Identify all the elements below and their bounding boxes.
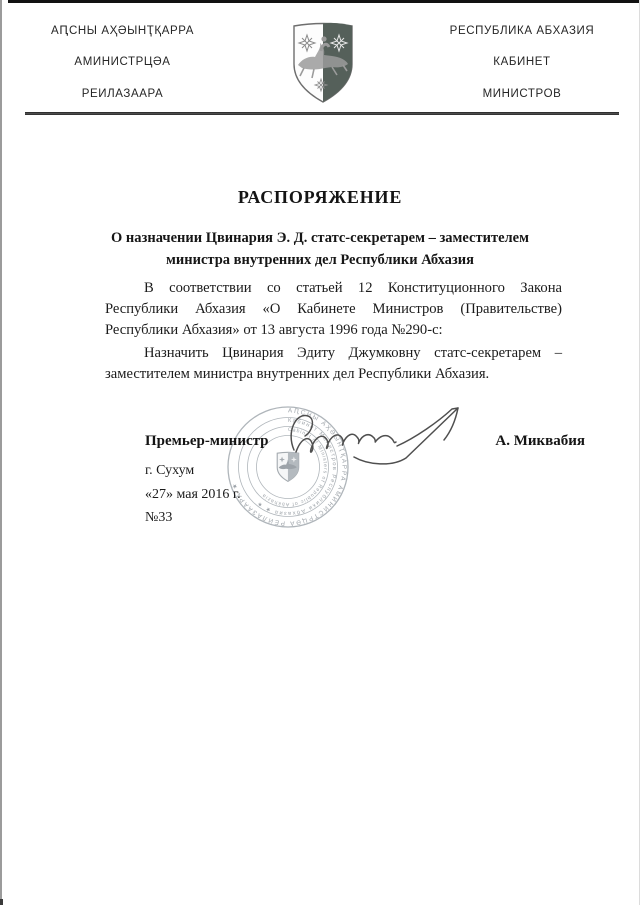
letterhead-abkhaz-line3: РЕИЛАЗААРА — [0, 79, 245, 110]
scan-edge-top — [8, 0, 640, 3]
signature-autograph — [272, 396, 482, 471]
document-number: №33 — [145, 506, 241, 530]
document-title: РАСПОРЯЖЕНИЕ — [0, 187, 640, 208]
letterhead-russian: РЕСПУБЛИКА АБХАЗИЯ КАБИНЕТ МИНИСТРОВ — [404, 16, 640, 110]
issuance-block: г. Сухум «27» мая 2016 г. №33 — [145, 459, 241, 530]
letterhead-abkhaz: АԤСНЫ АҲӘЫНҬҚАРРА АМИНИСТРЦӘА РЕИЛАЗААРА — [0, 16, 245, 110]
body-paragraph-1: В соответствии со статьей 12 Конституцио… — [105, 278, 562, 341]
letterhead-abkhaz-line1: АԤСНЫ АҲӘЫНҬҚАРРА — [0, 16, 245, 47]
scan-edge-left — [0, 0, 2, 905]
document-subject: О назначении Цвинария Э. Д. статс-секрет… — [90, 228, 550, 271]
letterhead-russian-line1: РЕСПУБЛИКА АБХАЗИЯ — [404, 16, 640, 47]
body-paragraph-2: Назначить Цвинария Эдиту Джумковну статс… — [105, 343, 562, 385]
letterhead-abkhaz-line2: АМИНИСТРЦӘА — [0, 47, 245, 78]
letterhead-russian-line2: КАБИНЕТ — [404, 47, 640, 78]
coat-of-arms-icon — [288, 20, 358, 104]
issuance-place: г. Сухум — [145, 459, 241, 483]
signatory-post: Премьер-министр — [145, 433, 269, 450]
issuance-date: «27» мая 2016 г. — [145, 483, 241, 507]
signatory-name: А. Миквабия — [495, 433, 585, 450]
document-page: АԤСНЫ АҲӘЫНҬҚАРРА АМИНИСТРЦӘА РЕИЛАЗААРА — [0, 0, 640, 905]
letterhead-divider — [25, 112, 619, 115]
letterhead-russian-line3: МИНИСТРОВ — [404, 79, 640, 110]
scan-artifact — [0, 899, 3, 905]
